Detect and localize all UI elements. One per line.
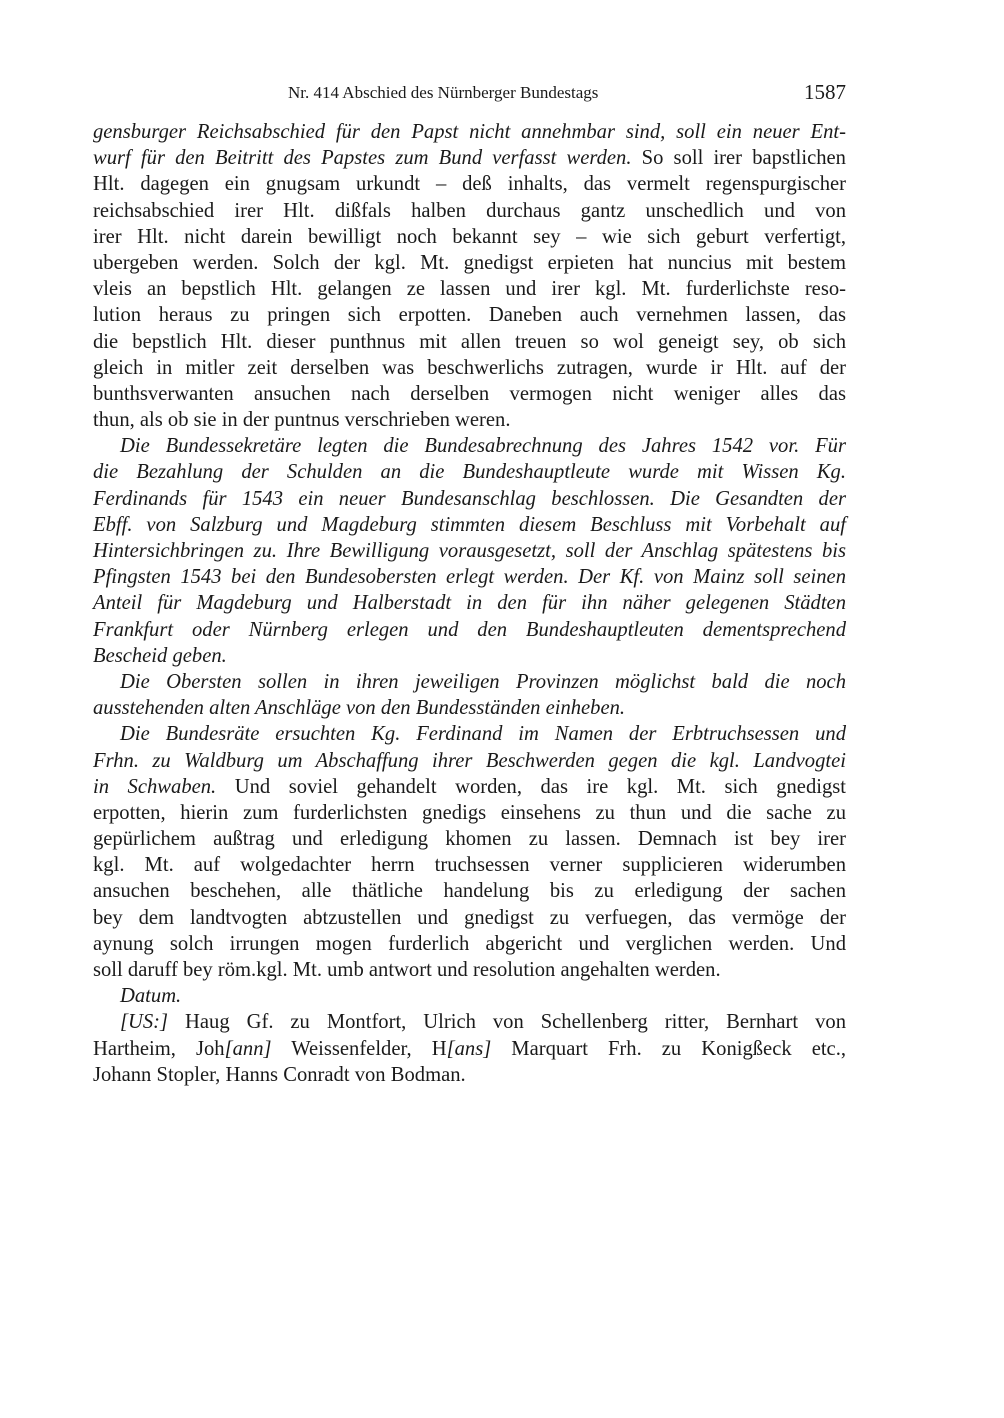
text-line: Bescheid geben. (93, 643, 846, 669)
text-segment: lution heraus zu pringen sich erpotten. … (93, 304, 846, 326)
text-segment: soll daruff bey röm.kgl. Mt. umb antwort… (93, 959, 721, 981)
text-line: reichsabschied irer Hlt. dißfals halben … (93, 198, 846, 224)
running-title: Nr. 414 Abschied des Nürnberger Bundesta… (288, 83, 598, 103)
italic-segment: Bescheid geben. (93, 645, 227, 667)
text-line: Hlt. dagegen ein gnugsam urkundt – deß i… (93, 171, 846, 197)
text-segment: vleis an bepstlich Hlt. gelangen ze lass… (93, 278, 846, 300)
italic-segment: Hintersichbringen zu. Ihre Bewilligung v… (93, 540, 846, 562)
text-line: erpotten, hierin zum furderlichsten gned… (93, 800, 846, 826)
text-segment: Johann Stopler, Hanns Conradt von Bodman… (93, 1064, 466, 1086)
text-segment: kgl. Mt. auf wolgedachter herrn truchses… (93, 854, 846, 876)
italic-segment: Die Bundessekretäre legten die Bundesabr… (120, 435, 846, 457)
italic-segment: [ann] (225, 1038, 272, 1060)
text-line: in Schwaben. Und soviel gehandelt worden… (93, 774, 846, 800)
text-segment: Hartheim, Joh (93, 1038, 225, 1060)
text-segment: thun, als ob sie in der puntnus verschri… (93, 409, 511, 431)
text-line: Hartheim, Joh[ann] Weissenfelder, H[ans]… (93, 1036, 846, 1062)
text-segment: ansuchen beschehen, alle thätliche hande… (93, 880, 846, 902)
text-segment: ubergeben werden. Solch der kgl. Mt. gne… (93, 252, 846, 274)
text-line: die bepstlich Hlt. dieser punthnus mit a… (93, 329, 846, 355)
italic-segment: Die Bundesräte ersuchten Kg. Ferdinand i… (120, 723, 846, 745)
text-line: thun, als ob sie in der puntnus verschri… (93, 407, 846, 433)
text-line: Hintersichbringen zu. Ihre Bewilligung v… (93, 538, 846, 564)
italic-segment: gensburger Reichsabschied für den Papst … (93, 121, 846, 143)
text-segment: die bepstlich Hlt. dieser punthnus mit a… (93, 331, 846, 353)
text-segment: bunthsverwanten ansuchen nach derselben … (93, 383, 846, 405)
text-line: kgl. Mt. auf wolgedachter herrn truchses… (93, 852, 846, 878)
text-line: gleich in mitler zeit derselben was besc… (93, 355, 846, 381)
text-segment: gepürlichem außtrag und erledigung khome… (93, 828, 846, 850)
text-line: gensburger Reichsabschied für den Papst … (93, 119, 846, 145)
text-segment: bey dem landtvogten abtzustellen und gne… (93, 907, 846, 929)
text-line: Datum. (93, 983, 846, 1009)
italic-segment: Datum. (120, 985, 181, 1007)
text-line: [US:] Haug Gf. zu Montfort, Ulrich von S… (93, 1009, 846, 1035)
text-segment: erpotten, hierin zum furderlichsten gned… (93, 802, 846, 824)
text-segment: So soll irer bapstlichen (632, 147, 846, 169)
text-segment: aynung solch irrungen mogen furderlich a… (93, 933, 846, 955)
italic-segment: ausstehenden alten Anschläge von den Bun… (93, 697, 625, 719)
text-line: Die Obersten sollen in ihren jeweiligen … (93, 669, 846, 695)
text-line: Die Bundesräte ersuchten Kg. Ferdinand i… (93, 721, 846, 747)
text-segment: irer Hlt. nicht darein bewilligt noch be… (93, 226, 846, 248)
text-segment: Marquart Frh. zu Konigßeck etc., (491, 1038, 846, 1060)
text-line: ansuchen beschehen, alle thätliche hande… (93, 878, 846, 904)
text-line: die Bezahlung der Schulden an die Bundes… (93, 459, 846, 485)
text-line: ubergeben werden. Solch der kgl. Mt. gne… (93, 250, 846, 276)
text-line: bey dem landtvogten abtzustellen und gne… (93, 905, 846, 931)
italic-segment: [ans] (447, 1038, 492, 1060)
italic-segment: Pfingsten 1543 bei den Bundesobersten er… (93, 566, 846, 588)
text-segment: Haug Gf. zu Montfort, Ulrich von Schelle… (168, 1011, 846, 1033)
italic-segment: Frankfurt oder Nürnberg erlegen und den … (93, 619, 846, 641)
italic-segment: Anteil für Magdeburg und Halberstadt in … (93, 592, 846, 614)
italic-segment: Ebff. von Salzburg und Magdeburg stimmte… (93, 514, 846, 536)
italic-segment: Die Obersten sollen in ihren jeweiligen … (120, 671, 846, 693)
page-number: 1587 (804, 80, 846, 105)
italic-segment: Frhn. zu Waldburg um Abschaffung ihrer B… (93, 750, 846, 772)
text-line: wurf für den Beitritt des Papstes zum Bu… (93, 145, 846, 171)
text-line: aynung solch irrungen mogen furderlich a… (93, 931, 846, 957)
text-line: lution heraus zu pringen sich erpotten. … (93, 302, 846, 328)
text-line: irer Hlt. nicht darein bewilligt noch be… (93, 224, 846, 250)
running-header: Nr. 414 Abschied des Nürnberger Bundesta… (93, 80, 846, 106)
italic-segment: Ferdinands für 1543 ein neuer Bundesansc… (93, 488, 846, 510)
italic-segment: in Schwaben. (93, 776, 216, 798)
text-line: Ebff. von Salzburg und Magdeburg stimmte… (93, 512, 846, 538)
text-line: Frankfurt oder Nürnberg erlegen und den … (93, 617, 846, 643)
text-line: Anteil für Magdeburg und Halberstadt in … (93, 590, 846, 616)
italic-segment: wurf für den Beitritt des Papstes zum Bu… (93, 147, 632, 169)
text-line: ausstehenden alten Anschläge von den Bun… (93, 695, 846, 721)
text-segment: gleich in mitler zeit derselben was besc… (93, 357, 846, 379)
text-segment: reichsabschied irer Hlt. dißfals halben … (93, 200, 846, 222)
text-line: gepürlichem außtrag und erledigung khome… (93, 826, 846, 852)
text-segment: Und soviel gehandelt worden, das ire kgl… (216, 776, 846, 798)
text-line: Ferdinands für 1543 ein neuer Bundesansc… (93, 486, 846, 512)
text-line: Johann Stopler, Hanns Conradt von Bodman… (93, 1062, 846, 1088)
italic-segment: die Bezahlung der Schulden an die Bundes… (93, 461, 846, 483)
text-segment: Hlt. dagegen ein gnugsam urkundt – deß i… (93, 173, 846, 195)
text-line: vleis an bepstlich Hlt. gelangen ze lass… (93, 276, 846, 302)
text-line: Die Bundessekretäre legten die Bundesabr… (93, 433, 846, 459)
text-line: Pfingsten 1543 bei den Bundesobersten er… (93, 564, 846, 590)
italic-segment: [US:] (120, 1011, 168, 1033)
body-text: gensburger Reichsabschied für den Papst … (93, 119, 846, 1088)
text-segment: Weissenfelder, H (272, 1038, 447, 1060)
text-line: soll daruff bey röm.kgl. Mt. umb antwort… (93, 957, 846, 983)
text-line: Frhn. zu Waldburg um Abschaffung ihrer B… (93, 748, 846, 774)
text-line: bunthsverwanten ansuchen nach derselben … (93, 381, 846, 407)
document-page: Nr. 414 Abschied des Nürnberger Bundesta… (0, 0, 1004, 1418)
